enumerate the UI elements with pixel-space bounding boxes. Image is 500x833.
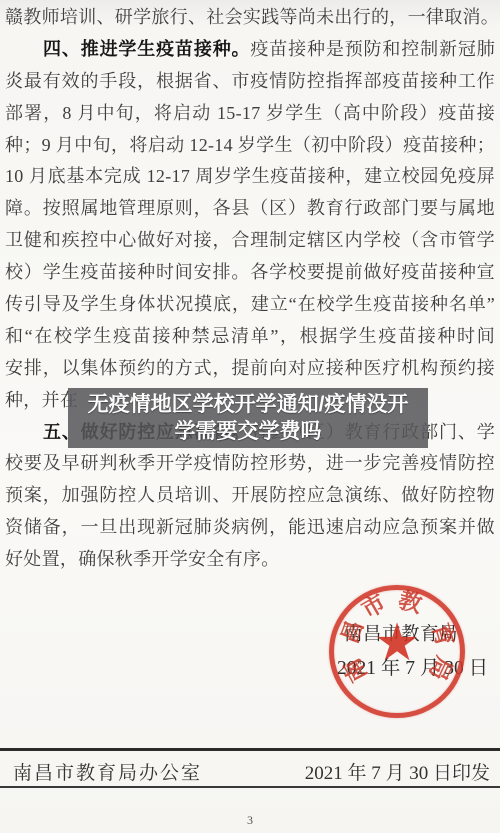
caption-line-1: 无疫情地区学校开学通知/疫情没开 [88, 391, 409, 418]
document-body: 赣教师培训、研学旅行、社会实践等尚未出行的，一律取消。四、推进学生疫苗接种。疫苗… [0, 2, 500, 576]
star-icon: ★ [371, 618, 423, 670]
doc-line: 四、推进学生疫苗接种。疫苗接种是预防和控制新冠肺 [5, 34, 495, 66]
caption-overlay: 无疫情地区学校开学通知/疫情没开 学需要交学费吗 [68, 388, 428, 448]
doc-line: 传引导及学生身体状况摸底，建立“在校学生疫苗接种名单” [5, 289, 495, 321]
doc-line: 炎最有效的手段，根据省、市疫情防控指挥部疫苗接种工作 [5, 66, 495, 98]
doc-line: 障。按照属地管理原则，各县（区）教育行政部门要与属地 [5, 193, 495, 225]
doc-line: 赣教师培训、研学旅行、社会实践等尚未出行的，一律取消。 [5, 2, 495, 34]
footer-bottom-rule [0, 786, 500, 788]
footer: 南昌市教育局办公室 2021 年 7 月 30 日印发 [0, 758, 500, 786]
doc-line: 好处置，确保秋季开学安全有序。 [5, 544, 495, 576]
section-heading: 四、推进学生疫苗接种。 [43, 39, 250, 59]
doc-line: 预案，加强防控人员培训、开展防控应急演练、做好防控物 [5, 480, 495, 512]
doc-line: 种；9 月中旬，将启动 12-14 岁学生（初中阶段）疫苗接种； [5, 130, 495, 162]
footer-top-rule [0, 748, 500, 751]
doc-line: 10 月底基本完成 12-17 周岁学生疫苗接种，建立校园免疫屏 [5, 161, 495, 193]
doc-line: 卫健和疾控中心做好对接，合理制定辖区内学校（含市管学 [5, 225, 495, 257]
caption-line-2: 学需要交学费吗 [175, 418, 322, 445]
doc-line: 和“在校学生疫苗接种禁忌清单”，根据学生疫苗接种时间 [5, 321, 495, 353]
scanned-notice-page: 赣教师培训、研学旅行、社会实践等尚未出行的，一律取消。四、推进学生疫苗接种。疫苗… [0, 0, 500, 833]
doc-line: 部署，8 月中旬，将启动 15-17 岁学生（高中阶段）疫苗接 [5, 98, 495, 130]
doc-line: 校要及早研判秋季开学疫情防控形势，进一步完善疫情防控 [5, 448, 495, 480]
footer-office: 南昌市教育局办公室 [13, 758, 202, 785]
doc-line: 安排，以集体预约的方式，提前向对应接种医疗机构预约接 [5, 353, 495, 385]
official-seal: ★ 南昌市教育局 [325, 580, 470, 725]
page-number: 3 [0, 813, 500, 828]
doc-line: 资储备，一旦出现新冠肺炎病例，能迅速启动应急预案并做 [5, 512, 495, 544]
footer-print-date: 2021 年 7 月 30 日印发 [305, 758, 490, 785]
doc-line: 校）学生疫苗接种时间安排。各学校要提前做好疫苗接种宣 [5, 257, 495, 289]
